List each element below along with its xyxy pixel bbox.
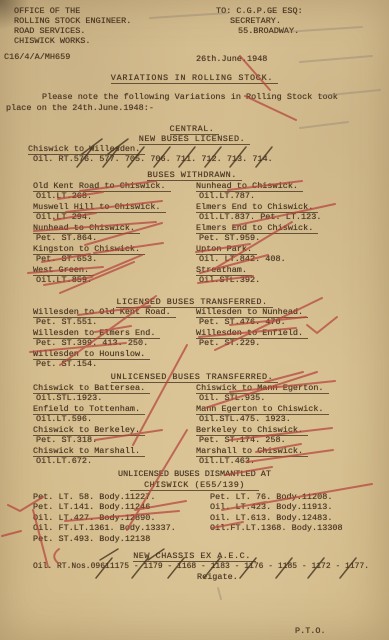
list-item: Chiswick to Marshall.Oil.LT.672. xyxy=(33,446,150,467)
list-item: Old Kent Road to Chiswick.Oil.LT.268. xyxy=(33,181,171,202)
route-name: Chiswick to Willesden. xyxy=(28,144,145,154)
fleet-numbers: Oil. RT.576. 577. 705. 706. 711. 712. 71… xyxy=(33,154,273,164)
section-heading-buses-withdrawn: BUSES WITHDRAWN. xyxy=(0,170,389,180)
reference-number: C16/4/A/MH659 xyxy=(4,52,70,62)
licensed-left-column: Willesden to Old Kent Road.Pet. ST.551. … xyxy=(33,307,176,370)
unlicensed-left-column: Chiswick to Battersea.Oil.STL.1923. Enfi… xyxy=(33,383,150,467)
chassis-location: Reigate. xyxy=(197,572,238,582)
recipient-role: SECRETARY. xyxy=(230,16,303,26)
recipient-name: TO: C.G.P.GE ESQ: xyxy=(216,6,303,16)
licensed-right-column: Willesden to Nunhead.Pet. ST.476. 470. W… xyxy=(196,307,308,349)
list-item: Willesden to Hounslow.Pet. ST.154. xyxy=(33,349,176,370)
list-item: Pet. LT.141. Body.11246 xyxy=(33,502,176,512)
list-item: Elmers End to Chiswick.Pet. ST.959. xyxy=(196,223,321,244)
list-item: Oil. LT.613. Body.12483. xyxy=(210,513,343,523)
list-item: Oil. FT.LT.1361. Body.13337. xyxy=(33,523,176,533)
list-item: Oil.FT.LT.1368. Body.13308 xyxy=(210,523,343,533)
letterhead-line: OFFICE OF THE xyxy=(14,6,131,16)
page-title: VARIATIONS IN ROLLING STOCK. xyxy=(0,73,389,83)
date: 26th.June.1948 xyxy=(196,54,267,64)
section-heading-new-chassis: NEW CHASSIS EX A.E.C. xyxy=(0,551,389,561)
list-item: Berkeley to Chiswick.Pet. ST.174. 258. xyxy=(196,425,329,446)
dismantled-left-column: Pet. LT. 58. Body.11227. Pet. LT.141. Bo… xyxy=(33,492,176,544)
list-item: Pet. LT. 58. Body.11227. xyxy=(33,492,176,502)
unlicensed-right-column: Chiswick to Mann Egerton.Oil. STL.935. M… xyxy=(196,383,329,467)
list-item: Kingston to Chiswick.Pet. ST.653. xyxy=(33,244,171,265)
list-item: Muswell Hill to Chiswick.Oil.LT 294. xyxy=(33,202,171,223)
recipient-block: TO: C.G.P.GE ESQ: SECRETARY. 55.BROADWAY… xyxy=(216,6,303,36)
list-item: Marshall to Chiswick.Oil.LT.463. xyxy=(196,446,329,467)
section-heading-central: CENTRAL. xyxy=(0,124,389,134)
list-item: Oil. LT.427. Body.12890. xyxy=(33,513,176,523)
document-page: OFFICE OF THE ROLLING STOCK ENGINEER. RO… xyxy=(0,0,389,640)
list-item: Willesden to Old Kent Road.Pet. ST.551. xyxy=(33,307,176,328)
list-item: Elmers End to Chiswick.Oil.LT.837. Pet. … xyxy=(196,202,321,223)
list-item: Chiswick to Battersea.Oil.STL.1923. xyxy=(33,383,150,404)
chassis-numbers: Oil. RT.Nos.09611175 - 1179 - 1168 - 118… xyxy=(33,562,369,572)
list-item: Willesden to Elmers End.Pet. ST.399. 413… xyxy=(33,328,176,349)
list-item: Willesden to Nunhead.Pet. ST.476. 470. xyxy=(196,307,308,328)
list-item: Oil. LT.423. Body.11913. xyxy=(210,502,343,512)
pto-note: P.T.O. xyxy=(295,626,326,636)
list-item: Pet. ST.493. Body.12138 xyxy=(33,534,176,544)
list-item: Streatham.Oil.STL.392. xyxy=(196,265,321,286)
list-item: West Green.Oil.LT.859. xyxy=(33,265,171,286)
list-item: Pet. LT. 76. Body.11208. xyxy=(210,492,343,502)
intro-text: Please note the following Variations in … xyxy=(42,92,338,102)
section-heading-new-buses-licensed: NEW BUSES LICENSED. xyxy=(0,134,389,144)
list-item: Enfield to Tottenham.Oil.LT.596. xyxy=(33,404,150,425)
letterhead-line: ROAD SERVICES. xyxy=(14,26,131,36)
list-item: Willesden to Enfield.Pet. ST.229. xyxy=(196,328,308,349)
list-item: Chiswick to Mann Egerton.Oil. STL.935. xyxy=(196,383,329,404)
section-heading-dismantled: UNLICENSED BUSES DISMANTLED AT xyxy=(0,469,389,479)
list-item: Nunhead to Chiswick.Oil.LT.787. xyxy=(196,181,321,202)
section-subheading-dismantled: CHISWICK (E55/139) xyxy=(0,480,389,490)
list-item: Nunhead to Chiswick.Pet. ST.864. xyxy=(33,223,171,244)
dismantled-right-column: Pet. LT. 76. Body.11208. Oil. LT.423. Bo… xyxy=(210,492,343,534)
letterhead: OFFICE OF THE ROLLING STOCK ENGINEER. RO… xyxy=(14,6,131,46)
withdrawn-right-column: Nunhead to Chiswick.Oil.LT.787. Elmers E… xyxy=(196,181,321,286)
list-item: Mann Egerton to Chiswick.Oil.STL.475. 19… xyxy=(196,404,329,425)
section-heading-unlicensed-transferred: UNLICENSED BUSES TRANSFERRED. xyxy=(0,372,389,382)
list-item: Chiswick to Berkeley.Pet. ST.318. xyxy=(33,425,150,446)
section-heading-licensed-transferred: LICENSED BUSES TRANSFERRED. xyxy=(0,297,389,307)
withdrawn-left-column: Old Kent Road to Chiswick.Oil.LT.268. Mu… xyxy=(33,181,171,286)
intro-text: place on the 24th.June.1948:- xyxy=(6,103,154,113)
letterhead-line: CHISWICK WORKS. xyxy=(14,36,131,46)
letterhead-line: ROLLING STOCK ENGINEER. xyxy=(14,16,131,26)
list-item: Upton Park.Oil. LT.842. 408. xyxy=(196,244,321,265)
recipient-address: 55.BROADWAY. xyxy=(238,26,303,36)
